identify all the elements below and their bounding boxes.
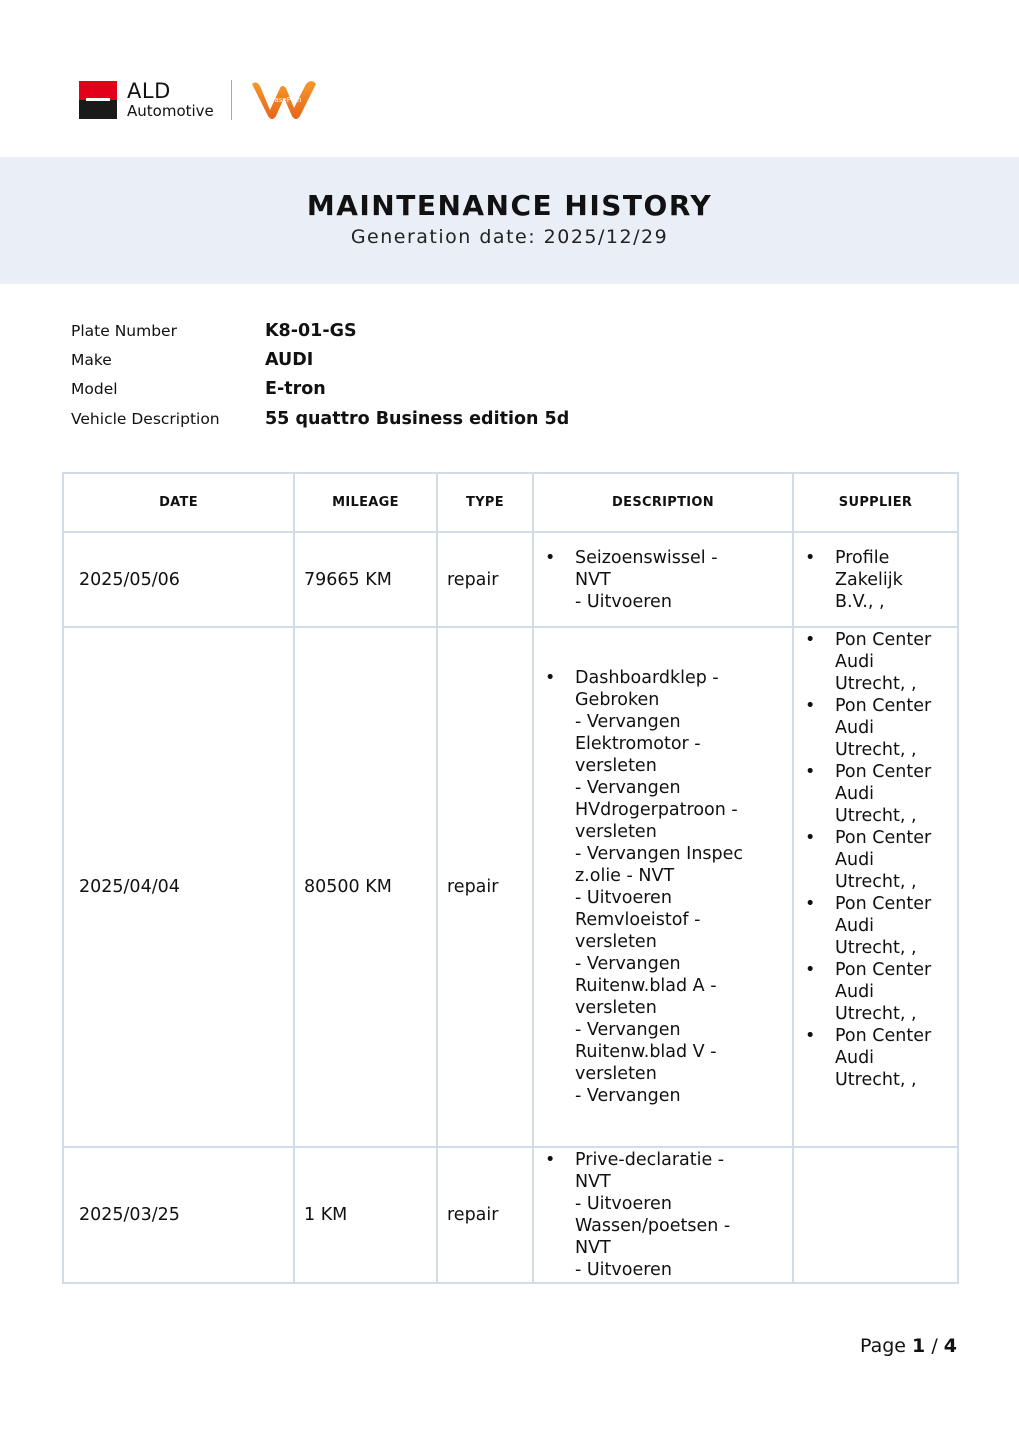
cell-type: repair [437,1147,533,1283]
logo-divider [231,80,232,120]
column-header-description: DESCRIPTION [533,473,793,532]
vehicle-description-row: Vehicle Description 55 quattro Business … [71,404,569,433]
vehicle-description-label: Vehicle Description [71,410,265,428]
column-header-type: TYPE [437,473,533,532]
cell-mileage: 1 KM [294,1147,437,1283]
cell-date: 2025/03/25 [63,1147,294,1283]
description-list: Prive-declaratie - NVT - Uitvoeren Wasse… [535,1149,791,1281]
supplier-item: Pon Center Audi Utrecht, , [795,629,956,695]
title-banner: MAINTENANCE HISTORY Generation date: 202… [0,157,1019,284]
cell-type: repair [437,532,533,627]
ald-logo-mark-icon [79,81,117,119]
pagination-separator: / [931,1335,937,1357]
supplier-item: Pon Center Audi Utrecht, , [795,827,956,893]
description-item: Seizoenswissel - NVT - Uitvoeren [535,547,791,613]
vehicle-model-value: E-tron [265,379,326,399]
vehicle-info: Plate Number K8-01-GS Make AUDI Model E-… [71,316,569,433]
description-item: Dashboardklep - Gebroken - Vervangen Ele… [535,667,791,1107]
ald-logo-line2: Automotive [127,104,214,119]
vehicle-model-label: Model [71,380,265,398]
page-title: MAINTENANCE HISTORY [0,189,1019,222]
cell-supplier [793,1147,958,1283]
ald-logo-line1: ALD [127,81,214,102]
cell-date: 2025/05/06 [63,532,294,627]
cell-description: Prive-declaratie - NVT - Uitvoeren Wasse… [533,1147,793,1283]
maintenance-table: DATE MILEAGE TYPE DESCRIPTION SUPPLIER 2… [62,472,959,1284]
cell-date: 2025/04/04 [63,627,294,1147]
supplier-item: Pon Center Audi Utrecht, , [795,1025,956,1091]
vehicle-model-row: Model E-tron [71,375,569,404]
vehicle-make-row: Make AUDI [71,345,569,374]
supplier-list: Pon Center Audi Utrecht, ,Pon Center Aud… [795,629,956,1091]
pagination-current: 1 [912,1335,925,1357]
column-header-date: DATE [63,473,294,532]
ald-logo-text: ALD Automotive [127,81,214,119]
cell-description: Seizoenswissel - NVT - Uitvoeren [533,532,793,627]
pagination: Page 1 / 4 [860,1335,957,1357]
generation-date: Generation date: 2025/12/29 [0,226,1019,248]
description-item: Prive-declaratie - NVT - Uitvoeren Wasse… [535,1149,791,1281]
cell-mileage: 80500 KM [294,627,437,1147]
vehicle-plate-label: Plate Number [71,322,265,340]
column-header-supplier: SUPPLIER [793,473,958,532]
table-row: 2025/03/251 KMrepairPrive-declaratie - N… [63,1147,958,1283]
cell-description: Dashboardklep - Gebroken - Vervangen Ele… [533,627,793,1147]
supplier-item: Pon Center Audi Utrecht, , [795,893,956,959]
supplier-item: Pon Center Audi Utrecht, , [795,695,956,761]
vehicle-make-label: Make [71,351,265,369]
header-logos: ALD Automotive LeasePlan [79,78,320,122]
table-row: 2025/04/0480500 KMrepairDashboardklep - … [63,627,958,1147]
leaseplan-logo-icon: LeasePlan [248,78,320,122]
table-header-row: DATE MILEAGE TYPE DESCRIPTION SUPPLIER [63,473,958,532]
cell-supplier: Pon Center Audi Utrecht, ,Pon Center Aud… [793,627,958,1147]
leaseplan-logo-text: LeasePlan [266,96,301,104]
cell-supplier: Profile Zakelijk B.V., , [793,532,958,627]
supplier-item: Pon Center Audi Utrecht, , [795,959,956,1025]
vehicle-make-value: AUDI [265,350,313,370]
description-list: Dashboardklep - Gebroken - Vervangen Ele… [535,667,791,1107]
supplier-item: Profile Zakelijk B.V., , [795,547,956,613]
vehicle-plate-value: K8-01-GS [265,321,357,341]
cell-mileage: 79665 KM [294,532,437,627]
supplier-item: Pon Center Audi Utrecht, , [795,761,956,827]
pagination-label: Page [860,1335,906,1357]
supplier-list: Profile Zakelijk B.V., , [795,547,956,613]
table-row: 2025/05/0679665 KMrepairSeizoenswissel -… [63,532,958,627]
pagination-total: 4 [944,1335,957,1357]
column-header-mileage: MILEAGE [294,473,437,532]
cell-type: repair [437,627,533,1147]
description-list: Seizoenswissel - NVT - Uitvoeren [535,547,791,613]
vehicle-plate-row: Plate Number K8-01-GS [71,316,569,345]
vehicle-description-value: 55 quattro Business edition 5d [265,409,569,429]
